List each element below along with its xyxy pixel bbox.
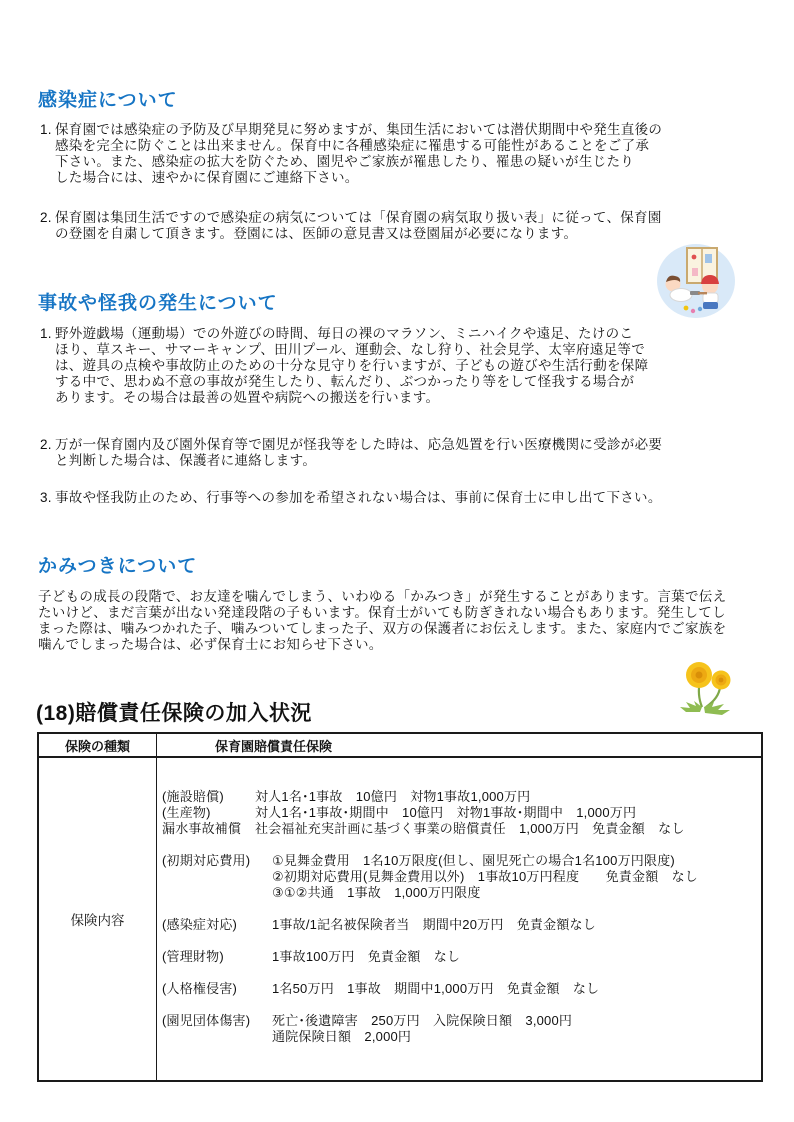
coverage-details-cell: (施設賠償) 対人1名･1事故 10億円 対物1事故1,000万円 (生産物) … xyxy=(157,758,761,1080)
coverage-label: (管理財物) xyxy=(162,949,272,965)
section-title-accident: 事故や怪我の発生について xyxy=(38,288,278,315)
coverage-value: 死亡･後遺障害 250万円 入院保険日額 3,000円 通院保険日額 2,000… xyxy=(272,1013,572,1045)
coverage-row-group-injury: (園児団体傷害) 死亡･後遺障害 250万円 入院保険日額 3,000円 通院保… xyxy=(162,1013,751,1045)
list-item-infection-2: 2. 保育園は集団生活ですので感染症の病気については「保育園の病気取り扱い表」に… xyxy=(40,210,700,242)
insurance-table-body-row: 保険内容 (施設賠償) 対人1名･1事故 10億円 対物1事故1,000万円 (… xyxy=(39,758,761,1080)
insurance-table-header-row: 保険の種類 保育園賠償責任保険 xyxy=(39,734,761,758)
section-title-biting: かみつきについて xyxy=(38,551,197,578)
biting-paragraph: 子どもの成長の段階で、お友達を噛んでしまう、いわゆる「かみつき」が発生することが… xyxy=(38,589,738,653)
coverage-label: (感染症対応) xyxy=(162,917,272,933)
coverage-row-managed-property: (管理財物) 1事故100万円 免責金額 なし xyxy=(162,949,751,965)
coverage-label: (人格権侵害) xyxy=(162,981,272,997)
coverage-row-product: (生産物) 対人1名･1事故･期間中 10億円 対物1事故･期間中 1,000万… xyxy=(162,805,751,821)
coverage-value: 1事故/1記名被保険者当 期間中20万円 免責金額なし xyxy=(272,917,596,933)
coverage-row-facility: (施設賠償) 対人1名･1事故 10億円 対物1事故1,000万円 xyxy=(162,789,751,805)
coverage-label: 漏水事故補償 xyxy=(162,821,255,837)
coverage-label: (施設賠償) xyxy=(162,789,255,805)
coverage-value: 1事故100万円 免責金額 なし xyxy=(272,949,460,965)
coverage-row-infection: (感染症対応) 1事故/1記名被保険者当 期間中20万円 免責金額なし xyxy=(162,917,751,933)
coverage-row-water-leak: 漏水事故補償 社会福祉充実計画に基づく事業の賠償責任 1,000万円 免責金額 … xyxy=(162,821,751,837)
list-text: 万が一保育園内及び園外保育等で園児が怪我等をした時は、応急処置を行い医療機関に受… xyxy=(55,437,662,469)
coverage-value: 対人1名･1事故 10億円 対物1事故1,000万円 xyxy=(255,789,530,805)
coverage-value: 対人1名･1事故･期間中 10億円 対物1事故･期間中 1,000万円 xyxy=(255,805,636,821)
dandelion-flower-illustration xyxy=(672,660,740,718)
list-item-accident-2: 2. 万が一保育園内及び園外保育等で園児が怪我等をした時は、応急処置を行い医療機… xyxy=(40,437,700,469)
row-label-coverage: 保険内容 xyxy=(39,758,157,1080)
coverage-label: (初期対応費用) xyxy=(162,853,272,901)
list-number: 1. xyxy=(40,326,55,406)
document-page: 感染症について 1. 保育園では感染症の予防及び早期発見に努めますが、集団生活に… xyxy=(0,0,794,1122)
insurance-table: 保険の種類 保育園賠償責任保険 保険内容 (施設賠償) 対人1名･1事故 10億… xyxy=(37,732,763,1082)
list-item-accident-3: 3. 事故や怪我防止のため、行事等への参加を希望されない場合は、事前に保育士に申… xyxy=(40,490,700,506)
section-title-infection: 感染症について xyxy=(38,85,178,112)
list-number: 2. xyxy=(40,437,55,469)
list-item-infection-1: 1. 保育園では感染症の予防及び早期発見に努めますが、集団生活においては潜伏期間… xyxy=(40,122,700,186)
coverage-row-personal-rights: (人格権侵害) 1名50万円 1事故 期間中1,000万円 免責金額 なし xyxy=(162,981,751,997)
coverage-value: 1名50万円 1事故 期間中1,000万円 免責金額 なし xyxy=(272,981,599,997)
coverage-label: (園児団体傷害) xyxy=(162,1013,272,1045)
list-text: 野外遊戯場（運動場）での外遊びの時間、毎日の裸のマラソン、ミニハイクや遠足、たけ… xyxy=(55,326,648,406)
header-insurance-name: 保育園賠償責任保険 xyxy=(157,734,761,756)
insurance-heading: (18)賠償責任保険の加入状況 xyxy=(36,697,312,727)
coverage-label: (生産物) xyxy=(162,805,255,821)
coverage-value: ①見舞金費用 1名10万限度(但し、園児死亡の場合1名100万円限度) ②初期対… xyxy=(272,853,698,901)
list-text: 事故や怪我防止のため、行事等への参加を希望されない場合は、事前に保育士に申し出て… xyxy=(55,490,662,506)
header-insurance-type: 保険の種類 xyxy=(39,734,157,756)
coverage-value: 社会福祉充実計画に基づく事業の賠償責任 1,000万円 免責金額 なし xyxy=(255,821,685,837)
list-number: 2. xyxy=(40,210,55,242)
list-number: 1. xyxy=(40,122,55,186)
list-text: 保育園は集団生活ですので感染症の病気については「保育園の病気取り扱い表」に従って… xyxy=(55,210,662,242)
children-crafting-illustration xyxy=(656,242,736,320)
list-text: 保育園では感染症の予防及び早期発見に努めますが、集団生活においては潜伏期間中や発… xyxy=(55,122,662,186)
list-item-accident-1: 1. 野外遊戯場（運動場）での外遊びの時間、毎日の裸のマラソン、ミニハイクや遠足… xyxy=(40,326,700,406)
coverage-row-initial-response: (初期対応費用) ①見舞金費用 1名10万限度(但し、園児死亡の場合1名100万… xyxy=(162,853,751,901)
list-number: 3. xyxy=(40,490,55,506)
